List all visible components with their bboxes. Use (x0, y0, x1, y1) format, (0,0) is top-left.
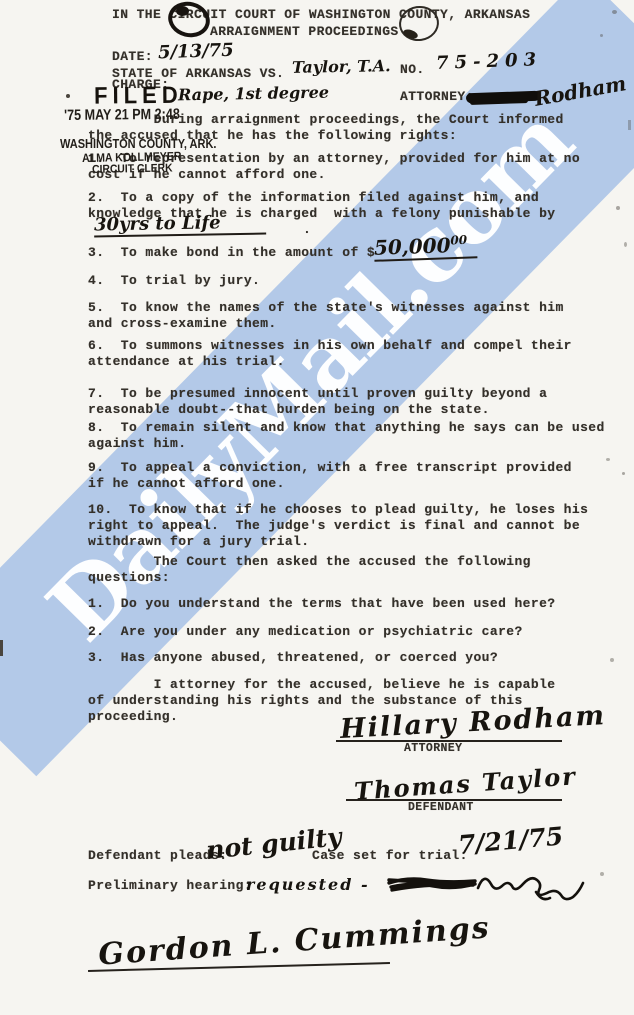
scan-artifact (616, 206, 620, 210)
scan-artifact (610, 658, 614, 662)
scan-artifact (600, 34, 603, 37)
hearing-label: Preliminary hearing: (88, 878, 252, 894)
right-item-10: 10. To know that if he chooses to plead … (88, 502, 588, 551)
scanned-court-document: DailyMail.com IN THE CIRCUIT COURT OF WA… (0, 0, 634, 1015)
question-2: 2. Are you under any medication or psych… (88, 624, 523, 640)
scan-artifact (624, 242, 627, 247)
right-item-9: 9. To appeal a conviction, with a free t… (88, 460, 572, 492)
date-label: DATE: (112, 49, 153, 65)
received-stamp: '75 MAY 21 PM 2:48 (64, 106, 180, 124)
case-no-label: NO. (400, 62, 425, 78)
right-item-3: 3. To make bond in the amount of $ (88, 245, 375, 261)
attorney-label: ATTORNEY: (400, 89, 474, 105)
hearing-value: requested - (246, 875, 370, 894)
scan-artifact (600, 872, 604, 876)
scan-artifact (628, 120, 631, 130)
scan-artifact (0, 640, 3, 656)
clerk-title-stamp: CIRCUIT CLERK (92, 162, 173, 176)
right-item-5: 5. To know the names of the state's witn… (88, 300, 564, 332)
attorney-signature-label: ATTORNEY (404, 742, 462, 755)
defendant-name: Taylor, T.A. (292, 56, 391, 77)
bond-amount-main: 50,000 (374, 233, 451, 260)
scan-artifact (612, 10, 617, 14)
bond-amount: 50,00000 (374, 232, 478, 262)
scan-artifact (606, 458, 610, 461)
stamp-circle-fill (176, 6, 189, 16)
strikeout-scribble (386, 874, 478, 894)
date-value: 5/13/75 (158, 40, 234, 64)
case-number: 75-203 (436, 49, 543, 74)
bond-amount-cents: 00 (450, 233, 467, 248)
right-item-7: 7. To be presumed innocent until proven … (88, 386, 547, 418)
questions-intro: The Court then asked the accused the fol… (88, 554, 531, 586)
trial-date-value: 7/21/75 (457, 821, 564, 859)
flourish-scribble (474, 862, 586, 902)
right-2-handwritten: 30yrs to Life (94, 212, 266, 238)
proceedings-title: ARRAIGNMENT PROCEEDINGS (210, 24, 399, 40)
scan-artifact (622, 472, 625, 475)
right-item-4: 4. To trial by jury. (88, 273, 260, 289)
right-2-period: . (303, 222, 311, 238)
charge-value: Rape, 1st degree (178, 83, 329, 105)
defendant-signature-label: DEFENDANT (408, 801, 474, 814)
right-item-6: 6. To summons witnesses in his own behal… (88, 338, 572, 370)
right-item-8: 8. To remain silent and know that anythi… (88, 420, 605, 452)
question-3: 3. Has anyone abused, threatened, or coe… (88, 650, 498, 666)
question-1: 1. Do you understand the terms that have… (88, 596, 555, 612)
judge-signature: Gordon L. Cummings (97, 910, 491, 972)
scan-artifact (66, 94, 70, 98)
